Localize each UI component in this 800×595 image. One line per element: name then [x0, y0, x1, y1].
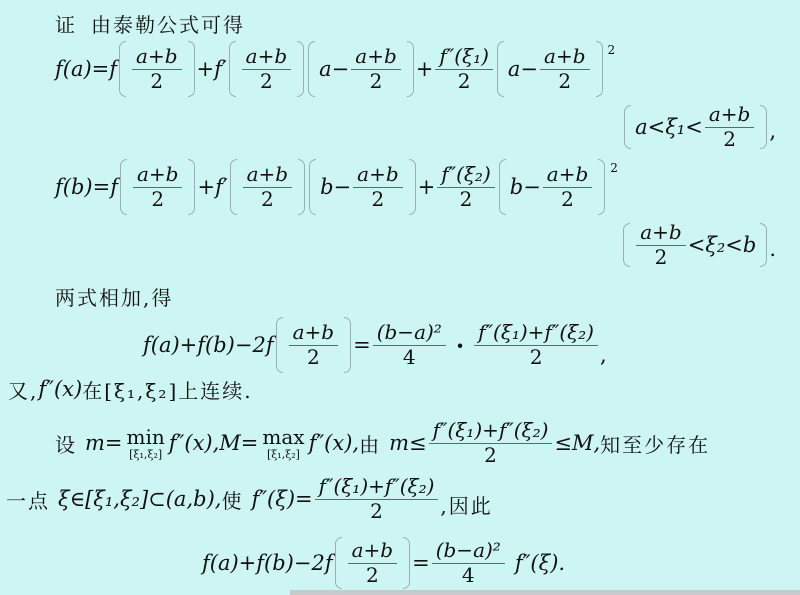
fraction: f″(ξ₁)+f″(ξ₂)2	[474, 321, 598, 369]
fraction: (b−a)²4	[373, 321, 446, 369]
operator-name: min	[127, 427, 165, 447]
math-token: f″(x),M=	[169, 431, 259, 455]
left-paren-icon	[624, 105, 631, 149]
math-token: b−	[510, 175, 541, 199]
left-paren-icon	[120, 159, 127, 215]
denominator: 2	[484, 444, 497, 468]
right-paren-icon	[188, 41, 195, 97]
right-paren-icon	[596, 41, 603, 97]
denominator: 2	[151, 188, 164, 212]
fraction: f″(ξ₁)+f″(ξ₂)2	[429, 419, 553, 467]
right-paren-icon	[598, 159, 605, 215]
paren-group: a+b2	[230, 158, 305, 216]
left-paren-icon	[229, 41, 236, 97]
paren-group: a+b2	[276, 316, 351, 374]
fraction: a+b2	[132, 45, 181, 93]
fraction: f″(ξ₂)2	[437, 163, 495, 211]
math-token: f(a)=f	[55, 57, 117, 81]
numerator: a+b	[243, 163, 292, 188]
numerator: a+b	[132, 45, 181, 70]
let-label: 设	[55, 429, 77, 458]
xi1-condition: a<ξ₁< a+b2 ,	[622, 104, 776, 150]
denominator: 2	[458, 70, 471, 94]
denominator: 4	[403, 346, 416, 370]
math-token: m≤	[389, 431, 427, 455]
denominator: 2	[460, 188, 473, 212]
paren-group: a<ξ₁< a+b2	[624, 104, 767, 150]
math-token: =	[353, 333, 371, 357]
numerator: (b−a)²	[432, 539, 505, 564]
fraction: f″(ξ₁)+f″(ξ₂)2	[315, 475, 439, 523]
denominator: 2	[370, 500, 383, 524]
make-label: 使	[221, 485, 243, 514]
math-token: =	[412, 551, 430, 575]
math-token: f″(x),	[309, 431, 360, 455]
math-token: b−	[320, 175, 351, 199]
numerator: a+b	[242, 45, 291, 70]
textbook-page: 证 由泰勒公式可得 f(a)=f a+b2 +f′ a+b2 a− a+b2 +…	[0, 0, 800, 595]
left-paren-icon	[276, 317, 283, 373]
fraction: a+b2	[540, 45, 589, 93]
numerator: f″(ξ₁)+f″(ξ₂)	[315, 475, 439, 500]
math-token: f(a)+f(b)−2f	[202, 551, 333, 575]
intro-text: 由泰勒公式可得	[91, 9, 245, 38]
left-paren-icon	[623, 223, 630, 267]
paren-group: a+b2 <ξ₂<b	[623, 222, 767, 268]
right-paren-icon	[403, 537, 410, 589]
right-paren-icon	[298, 159, 305, 215]
math-token: f(a)+f(b)−2f	[143, 333, 274, 357]
left-paren-icon	[308, 41, 315, 97]
paren-group: a+b2	[119, 40, 194, 98]
math-token: +	[416, 57, 434, 81]
right-paren-icon	[297, 41, 304, 97]
paren-group: a+b2	[120, 158, 195, 216]
left-paren-icon	[230, 159, 237, 215]
min-max-line: 设 m= min [ξ₁,ξ₂] f″(x),M= max [ξ₁,ξ₂] f″…	[55, 416, 710, 470]
fraction: a+b2	[348, 539, 397, 587]
fraction: a+b2	[543, 163, 592, 211]
fraction: a+b2	[289, 321, 338, 369]
paren-group: a+b2	[229, 40, 304, 98]
fraction: a+b2	[243, 163, 292, 211]
punctuation: ,	[769, 119, 776, 143]
numerator: f″(ξ₁)	[435, 45, 493, 70]
min-operator: min [ξ₁,ξ₂]	[127, 427, 165, 460]
fraction: f″(ξ₁)2	[435, 45, 493, 93]
taylor-expansion-fa: f(a)=f a+b2 +f′ a+b2 a− a+b2 + f″(ξ₁)2 a…	[55, 40, 615, 98]
numerator: a+b	[353, 163, 402, 188]
denominator: 2	[261, 188, 274, 212]
left-paren-icon	[309, 159, 316, 215]
paren-group: a− a+b2	[497, 40, 603, 98]
continuity-text: 在[ξ₁,ξ₂]上连续.	[82, 375, 252, 404]
paren-group: b− a+b2	[309, 158, 416, 216]
numerator: f″(ξ₁)+f″(ξ₂)	[474, 321, 598, 346]
fraction: a+b2	[133, 163, 182, 211]
multiplication-dot: ·	[456, 331, 464, 360]
math-token: m=	[85, 431, 123, 455]
numerator: a+b	[705, 103, 754, 128]
page-edge-strip	[290, 590, 800, 595]
numerator: a+b	[133, 163, 182, 188]
denominator: 2	[723, 128, 736, 152]
proof-label: 证	[55, 9, 77, 38]
also-text: 又,	[8, 375, 38, 404]
right-paren-icon	[760, 223, 767, 267]
numerator: (b−a)²	[373, 321, 446, 346]
continuity-line: 又, f″(x) 在[ξ₁,ξ₂]上连续.	[8, 375, 253, 403]
right-paren-icon	[188, 159, 195, 215]
punctuation: .	[769, 237, 776, 261]
sum-equation: f(a)+f(b)−2f a+b2 = (b−a)²4 · f″(ξ₁)+f″(…	[143, 316, 607, 374]
paren-group: b− a+b2	[499, 158, 606, 216]
math-token: a−	[508, 57, 538, 81]
point-label: 一点	[6, 485, 50, 514]
denominator: 2	[307, 346, 320, 370]
numerator: a+b	[351, 45, 400, 70]
final-equation: f(a)+f(b)−2f a+b2 = (b−a)²4 f″(ξ).	[202, 536, 565, 590]
numerator: a+b	[348, 539, 397, 564]
math-token: a<ξ₁<	[635, 115, 703, 139]
add-equations-line: 两式相加,得	[55, 283, 173, 309]
denominator: 2	[370, 70, 383, 94]
math-token: f″(ξ)=	[251, 487, 312, 511]
math-token: a−	[319, 57, 349, 81]
operator-limits: [ξ₁,ξ₂]	[267, 449, 300, 460]
left-paren-icon	[497, 41, 504, 97]
by-label: 由	[359, 429, 381, 458]
punctuation: ,	[600, 343, 607, 367]
math-token: +f′	[197, 175, 227, 199]
denominator: 2	[260, 70, 273, 94]
numerator: a+b	[636, 221, 685, 246]
left-paren-icon	[499, 159, 506, 215]
paren-group: a+b2	[335, 536, 410, 590]
denominator: 2	[530, 346, 543, 370]
right-paren-icon	[409, 159, 416, 215]
right-paren-icon	[407, 41, 414, 97]
paren-group: a− a+b2	[308, 40, 414, 98]
therefore-text: ,因此	[440, 490, 492, 519]
math-token: ≤M,	[554, 431, 600, 455]
denominator: 2	[655, 246, 668, 270]
math-token: +f′	[197, 57, 227, 81]
numerator: f″(ξ₁)+f″(ξ₂)	[429, 419, 553, 444]
fraction: a+b2	[636, 221, 685, 269]
exists-text: 知至少存在	[600, 429, 710, 458]
numerator: a+b	[543, 163, 592, 188]
math-token: +	[418, 175, 436, 199]
denominator: 2	[150, 70, 163, 94]
math-token: ξ∈[ξ₁,ξ₂]⊂(a,b),	[58, 487, 221, 511]
exponent: 2	[608, 43, 616, 57]
max-operator: max [ξ₁,ξ₂]	[262, 427, 304, 460]
right-paren-icon	[760, 105, 767, 149]
taylor-expansion-fb: f(b)=f a+b2 +f′ a+b2 b− a+b2 + f″(ξ₂)2 b…	[55, 158, 618, 216]
fraction: (b−a)²4	[432, 539, 505, 587]
proof-intro-line: 证 由泰勒公式可得	[55, 10, 245, 36]
fraction: a+b2	[351, 45, 400, 93]
left-paren-icon	[335, 537, 342, 589]
left-paren-icon	[119, 41, 126, 97]
exponent: 2	[610, 161, 618, 175]
denominator: 2	[561, 188, 574, 212]
fraction: a+b2	[705, 103, 754, 151]
fraction: a+b2	[353, 163, 402, 211]
numerator: a+b	[289, 321, 338, 346]
math-token: f″(x)	[38, 377, 82, 401]
xi2-condition: a+b2 <ξ₂<b .	[621, 222, 776, 268]
math-token: <ξ₂<b	[688, 233, 757, 257]
math-token: f(b)=f	[55, 175, 118, 199]
numerator: f″(ξ₂)	[437, 163, 495, 188]
denominator: 2	[372, 188, 385, 212]
right-paren-icon	[344, 317, 351, 373]
math-token: f″(ξ).	[515, 551, 565, 575]
intermediate-point-line: 一点 ξ∈[ξ₁,ξ₂]⊂(a,b), 使 f″(ξ)= f″(ξ₁)+f″(ξ…	[6, 472, 493, 526]
operator-limits: [ξ₁,ξ₂]	[129, 449, 162, 460]
operator-name: max	[262, 427, 304, 447]
add-line-text: 两式相加,得	[55, 282, 173, 311]
denominator: 2	[366, 564, 379, 588]
fraction: a+b2	[242, 45, 291, 93]
numerator: a+b	[540, 45, 589, 70]
denominator: 2	[558, 70, 571, 94]
denominator: 4	[462, 564, 475, 588]
